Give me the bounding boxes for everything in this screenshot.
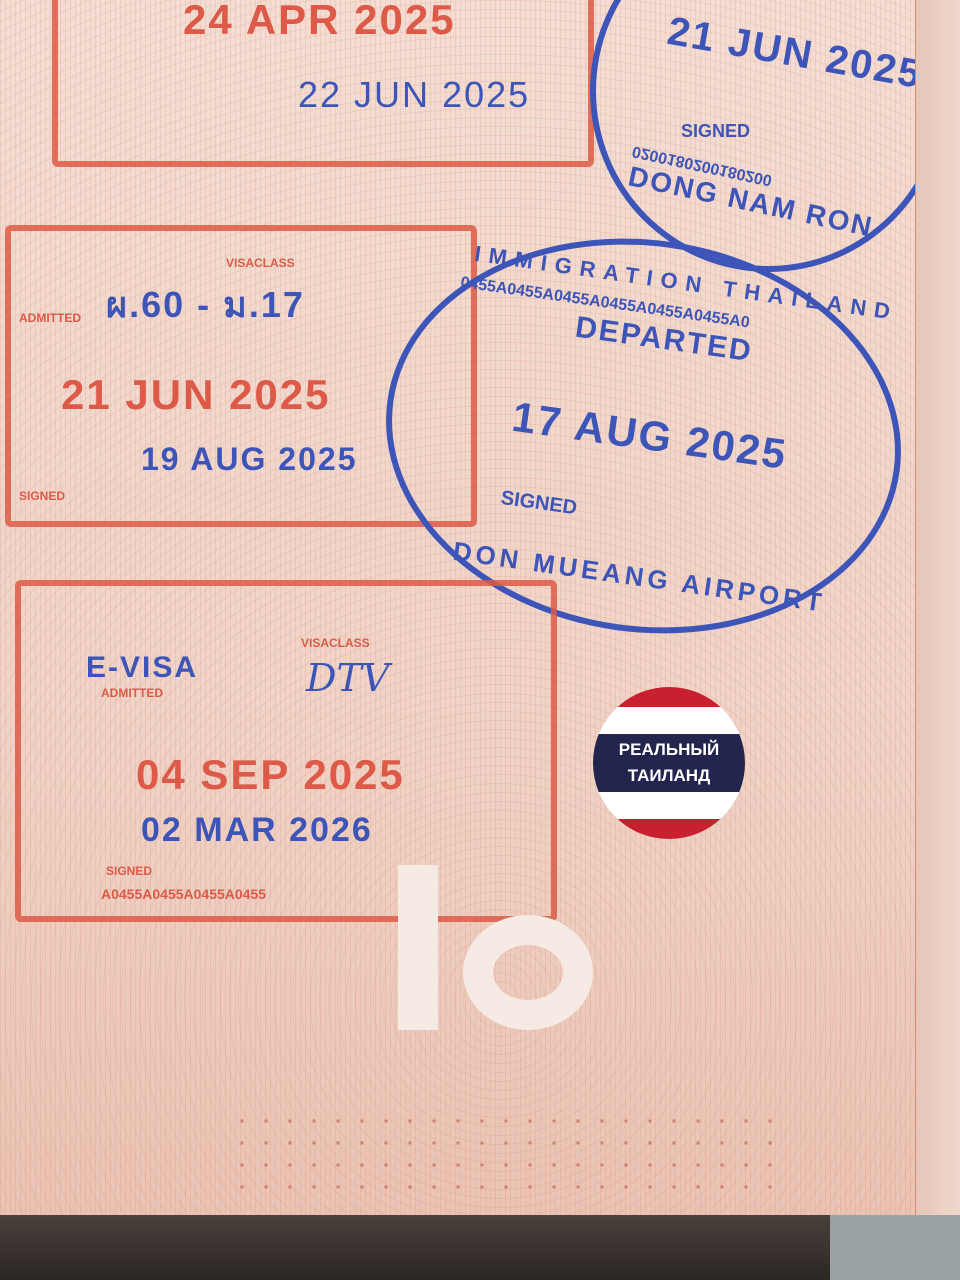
page-number-digit-1 bbox=[398, 865, 438, 1030]
stamp-signed-label: SIGNED bbox=[499, 487, 578, 520]
admitted-label: ADMITTED bbox=[19, 311, 81, 325]
stamp-signed-label: SIGNED bbox=[19, 489, 65, 503]
stamp-signed-label: SIGNED bbox=[106, 864, 152, 878]
stamp-date: 21 JUN 2025 bbox=[664, 9, 926, 98]
stamp-date: 04 SEP 2025 bbox=[136, 751, 405, 799]
real-thailand-logo: РЕАЛЬНЫЙ ТАИЛАНД bbox=[593, 687, 745, 839]
background-object bbox=[830, 1215, 960, 1280]
logo-line-2: ТАИЛАНД bbox=[593, 763, 745, 789]
stamp-until-date: 22 JUN 2025 bbox=[298, 74, 530, 116]
logo-line-1: РЕАЛЬНЫЙ bbox=[593, 737, 745, 763]
stamp-until-date: 19 AUG 2025 bbox=[141, 441, 357, 478]
visaclass-label: VISACLASS bbox=[301, 636, 370, 650]
next-page-edge bbox=[915, 0, 960, 1240]
admitted-label: ADMITTED bbox=[101, 686, 163, 700]
page-number-digit-0 bbox=[463, 915, 593, 1030]
passport-page: 24 APR 2025 22 JUN 2025 21 JUN 2025 SIGN… bbox=[0, 0, 935, 1245]
visa-type: E-VISA bbox=[86, 651, 198, 685]
stamp-date: 17 AUG 2025 bbox=[509, 393, 790, 479]
departure-stamp-jun-2025: 21 JUN 2025 SIGNED 0200180200180200 DONG… bbox=[590, 0, 947, 272]
stamp-serial: A0455A0455A0455A0455 bbox=[101, 886, 266, 902]
background-surface bbox=[0, 1215, 960, 1280]
visaclass-label: VISACLASS bbox=[226, 256, 295, 270]
perforated-passport-number bbox=[230, 1110, 790, 1205]
stamp-signed-label: SIGNED bbox=[681, 121, 750, 142]
page-number-watermark bbox=[398, 845, 608, 1035]
stamp-date: 21 JUN 2025 bbox=[61, 371, 331, 419]
stamp-date: 24 APR 2025 bbox=[183, 0, 456, 44]
stamp-until-date: 02 MAR 2026 bbox=[141, 811, 373, 850]
visa-class-handwritten: DTV bbox=[306, 656, 389, 700]
visa-class: ผ.60 - ม.17 bbox=[106, 276, 305, 333]
entry-stamp-apr-2025: 24 APR 2025 22 JUN 2025 bbox=[52, 0, 594, 167]
